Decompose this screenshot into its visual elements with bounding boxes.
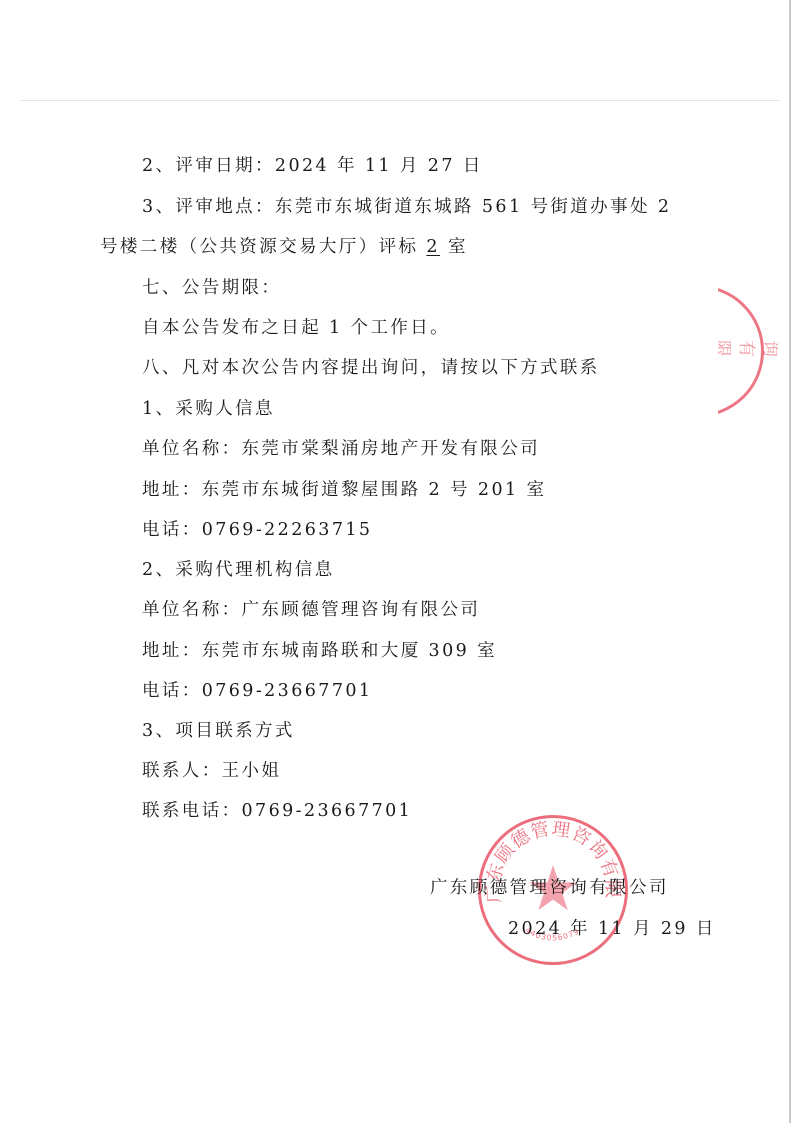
agency-phone: 电话：0769-23667701	[142, 680, 372, 702]
review-location-line-1: 3、评审地点：东莞市东城街道东城路 561 号街道办事处 2	[142, 196, 671, 218]
project-contact-heading: 3、项目联系方式	[142, 720, 295, 742]
contact-phone: 联系电话：0769-23667701	[142, 800, 412, 822]
agency-name: 单位名称：广东顾德管理咨询有限公司	[142, 599, 480, 621]
review-location-prefix: 号楼二楼（公共资源交易大厅）评标	[100, 237, 418, 257]
signature-date: 2024 年 11 月 29 日	[508, 918, 716, 940]
scan-artifact-line	[20, 100, 780, 101]
review-location-line-2: 号楼二楼（公共资源交易大厅）评标2室	[100, 236, 468, 258]
purchaser-name: 单位名称：东莞市棠梨涌房地产开发有限公司	[142, 438, 540, 460]
purchaser-address: 地址：东莞市东城街道黎屋围路 2 号 201 室	[142, 479, 546, 501]
review-date-line: 2、评审日期：2024 年 11 月 27 日	[142, 155, 483, 177]
purchaser-heading: 1、采购人信息	[142, 398, 275, 420]
purchaser-phone: 电话：0769-22263715	[142, 519, 372, 541]
signature-company: 广东顾德管理咨询有限公司	[430, 877, 669, 899]
partial-seal-text: 询有限公司	[718, 340, 778, 364]
agency-heading: 2、采购代理机构信息	[142, 559, 335, 581]
section-7-body: 自本公告发布之日起 1 个工作日。	[142, 317, 450, 339]
contact-person: 联系人：王小姐	[142, 760, 281, 782]
review-room-number: 2	[418, 237, 448, 257]
partial-seal-stamp: 询有限公司	[718, 280, 778, 425]
agency-address: 地址：东莞市东城南路联和大厦 309 室	[142, 640, 497, 662]
section-8-title: 八、凡对本次公告内容提出询问，请按以下方式联系	[142, 357, 600, 379]
review-location-suffix: 室	[448, 237, 468, 257]
section-7-title: 七、公告期限：	[142, 277, 281, 299]
page-edge-line	[789, 0, 791, 1123]
